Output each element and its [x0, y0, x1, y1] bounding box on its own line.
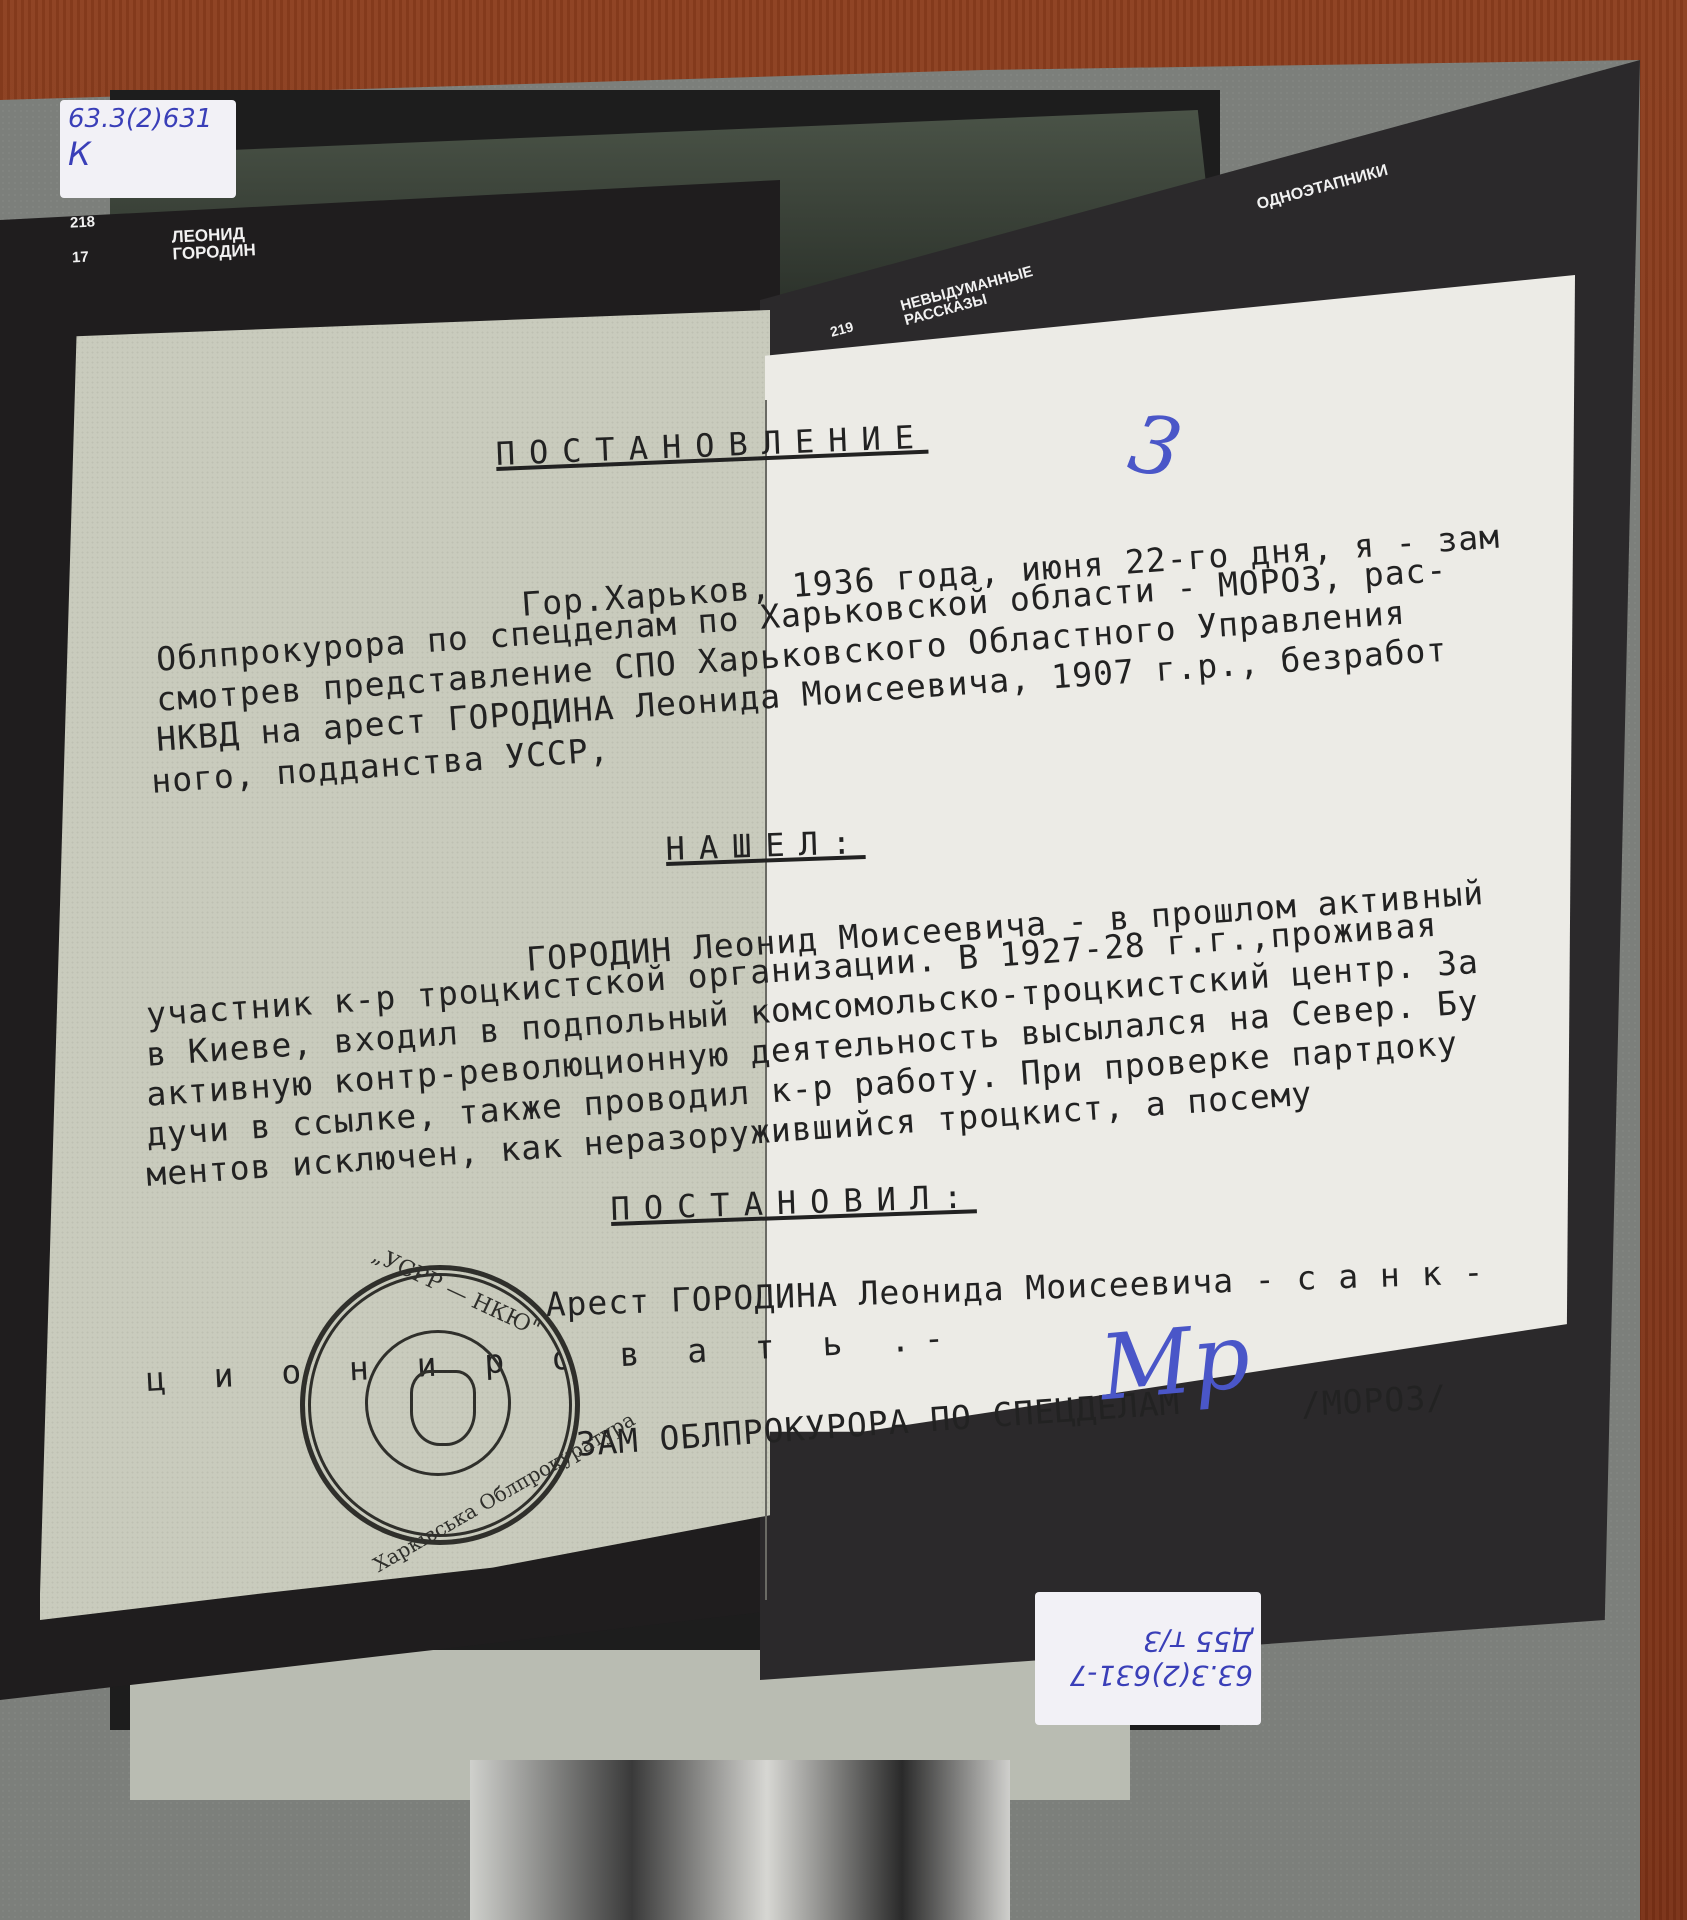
open-book-spread: 218 17 ЛЕОНИД ГОРОДИН 219 НЕВЫДУМАННЫЕ Р…	[0, 40, 1687, 1740]
page-number-left: 218	[70, 214, 96, 230]
signature: Мр	[1096, 1304, 1254, 1422]
label-shelf: Д55 т/3	[1043, 1625, 1253, 1659]
cover-photo-figure	[470, 1760, 1010, 1920]
official-stamp: „УСРР — НКЮ" Харківська Облпрокуратура	[300, 1265, 580, 1545]
coat-of-arms-icon	[410, 1370, 476, 1446]
signatory: /МОРОЗ/	[1300, 1377, 1448, 1424]
library-label-bottom: 63.3(2)631-7 Д55 т/3	[1035, 1592, 1261, 1725]
label-code: 63.3(2)631-7	[1043, 1659, 1253, 1693]
found-heading: НАШЕЛ:	[665, 823, 866, 868]
doc-page-number: 17	[72, 250, 89, 266]
